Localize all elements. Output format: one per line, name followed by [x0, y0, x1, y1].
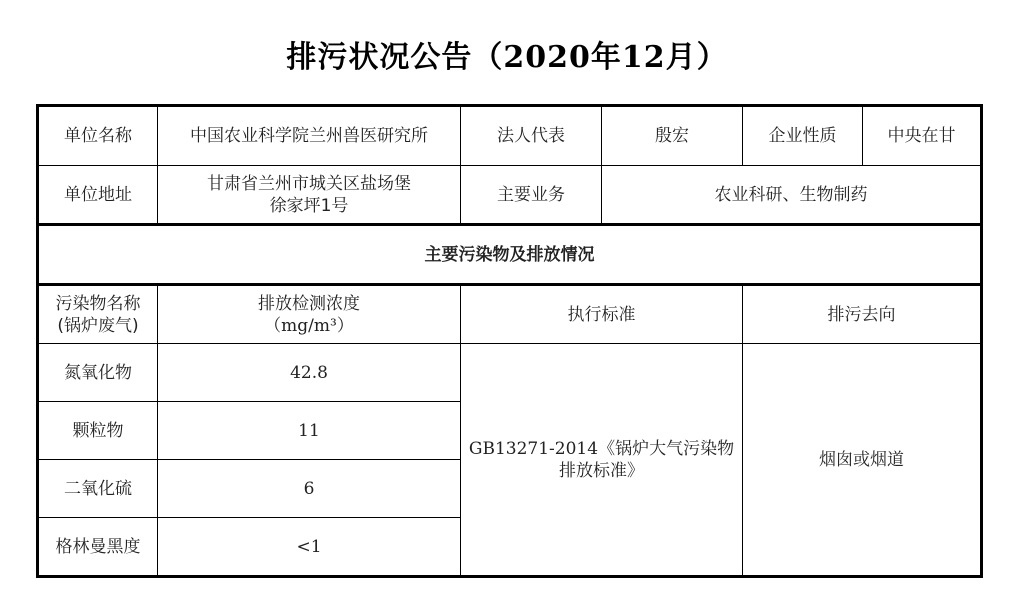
- standard-line-1: GB13271-2014《锅炉大气污染物: [463, 438, 740, 460]
- header-concentration: 排放检测浓度 （mg/m³）: [158, 285, 461, 344]
- header-concentration-line1: 排放检测浓度: [160, 293, 458, 315]
- header-pollutant-name: 污染物名称 (锅炉废气): [38, 285, 158, 344]
- main-business-label: 主要业务: [461, 166, 602, 225]
- pollutant-name: 颗粒物: [38, 402, 158, 460]
- header-destination: 排污去向: [743, 285, 982, 344]
- address-value: 甘肃省兰州市城关区盐场堡 徐家坪1号: [158, 166, 461, 225]
- destination-value: 烟囱或烟道: [743, 344, 982, 577]
- enterprise-nature-value: 中央在甘: [863, 106, 982, 166]
- standard-value: GB13271-2014《锅炉大气污染物 排放标准》: [461, 344, 743, 577]
- unit-name-value: 中国农业科学院兰州兽医研究所: [158, 106, 461, 166]
- address-label: 单位地址: [38, 166, 158, 225]
- pollutant-concentration: 42.8: [158, 344, 461, 402]
- standard-line-2: 排放标准》: [463, 460, 740, 482]
- pollutant-concentration: 11: [158, 402, 461, 460]
- pollutant-name: 氮氧化物: [38, 344, 158, 402]
- address-line-2: 徐家坪1号: [160, 195, 458, 217]
- section-title: 主要污染物及排放情况: [38, 225, 982, 285]
- header-pollutant-name-line1: 污染物名称: [41, 293, 155, 315]
- pollutant-concentration: 6: [158, 460, 461, 518]
- pollutant-concentration: <1: [158, 518, 461, 577]
- pollutant-header-row: 污染物名称 (锅炉废气) 排放检测浓度 （mg/m³） 执行标准 排污去向: [38, 285, 982, 344]
- pollutant-name: 格林曼黑度: [38, 518, 158, 577]
- info-row-address: 单位地址 甘肃省兰州市城关区盐场堡 徐家坪1号 主要业务 农业科研、生物制药: [38, 166, 982, 225]
- header-concentration-unit: （mg/m³）: [160, 315, 458, 337]
- main-business-value: 农业科研、生物制药: [602, 166, 982, 225]
- pollution-report-table: 单位名称 中国农业科学院兰州兽医研究所 法人代表 殷宏 企业性质 中央在甘 单位…: [36, 104, 983, 578]
- enterprise-nature-label: 企业性质: [743, 106, 863, 166]
- table-row: 氮氧化物 42.8 GB13271-2014《锅炉大气污染物 排放标准》 烟囱或…: [38, 344, 982, 402]
- page-title: 排污状况公告（2020年12月）: [0, 36, 1014, 80]
- section-header-row: 主要污染物及排放情况: [38, 225, 982, 285]
- legal-rep-value: 殷宏: [602, 106, 743, 166]
- address-line-1: 甘肃省兰州市城关区盐场堡: [160, 173, 458, 195]
- legal-rep-label: 法人代表: [461, 106, 602, 166]
- header-pollutant-name-line2: (锅炉废气): [41, 315, 155, 337]
- info-row-unit: 单位名称 中国农业科学院兰州兽医研究所 法人代表 殷宏 企业性质 中央在甘: [38, 106, 982, 166]
- unit-name-label: 单位名称: [38, 106, 158, 166]
- pollutant-name: 二氧化硫: [38, 460, 158, 518]
- header-standard: 执行标准: [461, 285, 743, 344]
